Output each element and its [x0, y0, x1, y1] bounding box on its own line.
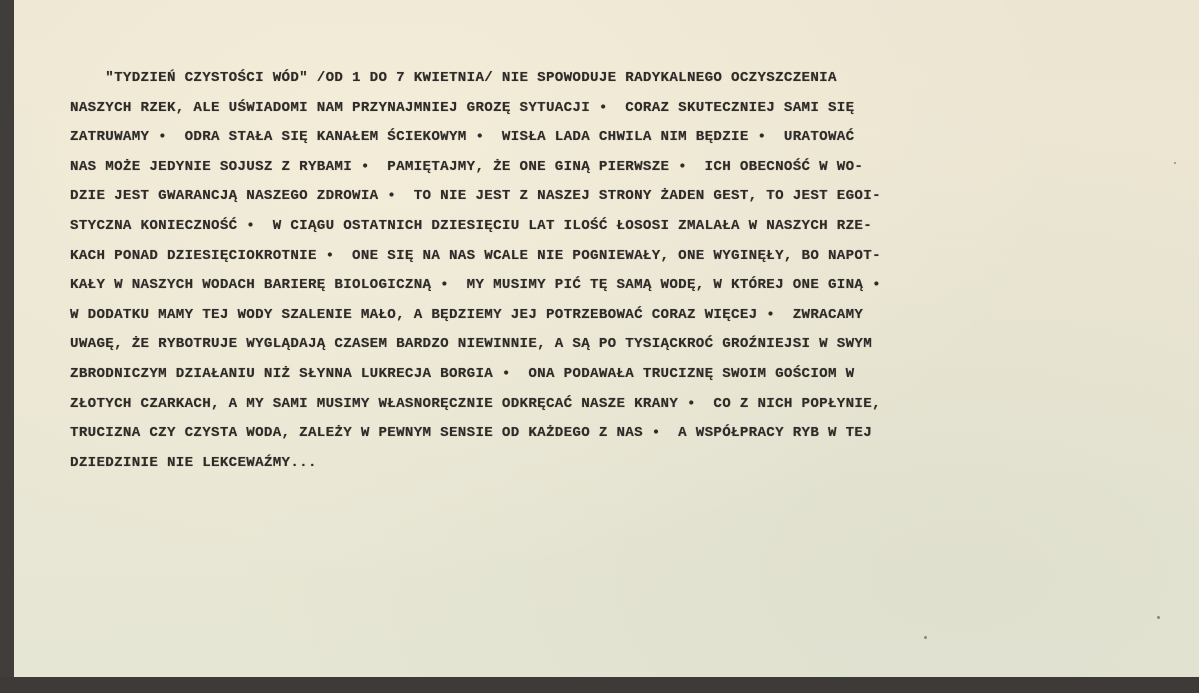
text-line: NAS MOŻE JEDYNIE SOJUSZ Z RYBAMI • PAMIĘ…	[70, 153, 1199, 183]
paper-speck	[1174, 162, 1176, 164]
paper-speck	[1157, 616, 1160, 619]
text-line: ZATRUWAMY • ODRA STAŁA SIĘ KANAŁEM ŚCIEK…	[70, 123, 1199, 153]
text-line: ZŁOTYCH CZARKACH, A MY SAMI MUSIMY WŁASN…	[70, 390, 1199, 420]
text-line: "TYDZIEŃ CZYSTOŚCI WÓD" /OD 1 DO 7 KWIET…	[70, 64, 1199, 94]
text-line: KACH PONAD DZIESIĘCIOKROTNIE • ONE SIĘ N…	[70, 242, 1199, 272]
text-line: TRUCIZNA CZY CZYSTA WODA, ZALEŻY W PEWNY…	[70, 419, 1199, 449]
typewritten-page: "TYDZIEŃ CZYSTOŚCI WÓD" /OD 1 DO 7 KWIET…	[14, 0, 1199, 677]
text-line: KAŁY W NASZYCH WODACH BARIERĘ BIOLOGICZN…	[70, 271, 1199, 301]
text-line: W DODATKU MAMY TEJ WODY SZALENIE MAŁO, A…	[70, 301, 1199, 331]
text-line: STYCZNA KONIECZNOŚĆ • W CIĄGU OSTATNICH …	[70, 212, 1199, 242]
text-line: NASZYCH RZEK, ALE UŚWIADOMI NAM PRZYNAJM…	[70, 94, 1199, 124]
scan-frame-bottom	[0, 677, 1199, 693]
paper-speck	[924, 636, 927, 639]
text-line: ZBRODNICZYM DZIAŁANIU NIŻ SŁYNNA LUKRECJ…	[70, 360, 1199, 390]
typed-paragraph: "TYDZIEŃ CZYSTOŚCI WÓD" /OD 1 DO 7 KWIET…	[70, 64, 1199, 478]
text-line: DZIEDZINIE NIE LEKCEWAŹMY...	[70, 449, 1199, 479]
scan-frame-left	[0, 0, 14, 693]
text-line: DZIE JEST GWARANCJĄ NASZEGO ZDROWIA • TO…	[70, 182, 1199, 212]
text-line: UWAGĘ, ŻE RYBOTRUJE WYGLĄDAJĄ CZASEM BAR…	[70, 330, 1199, 360]
